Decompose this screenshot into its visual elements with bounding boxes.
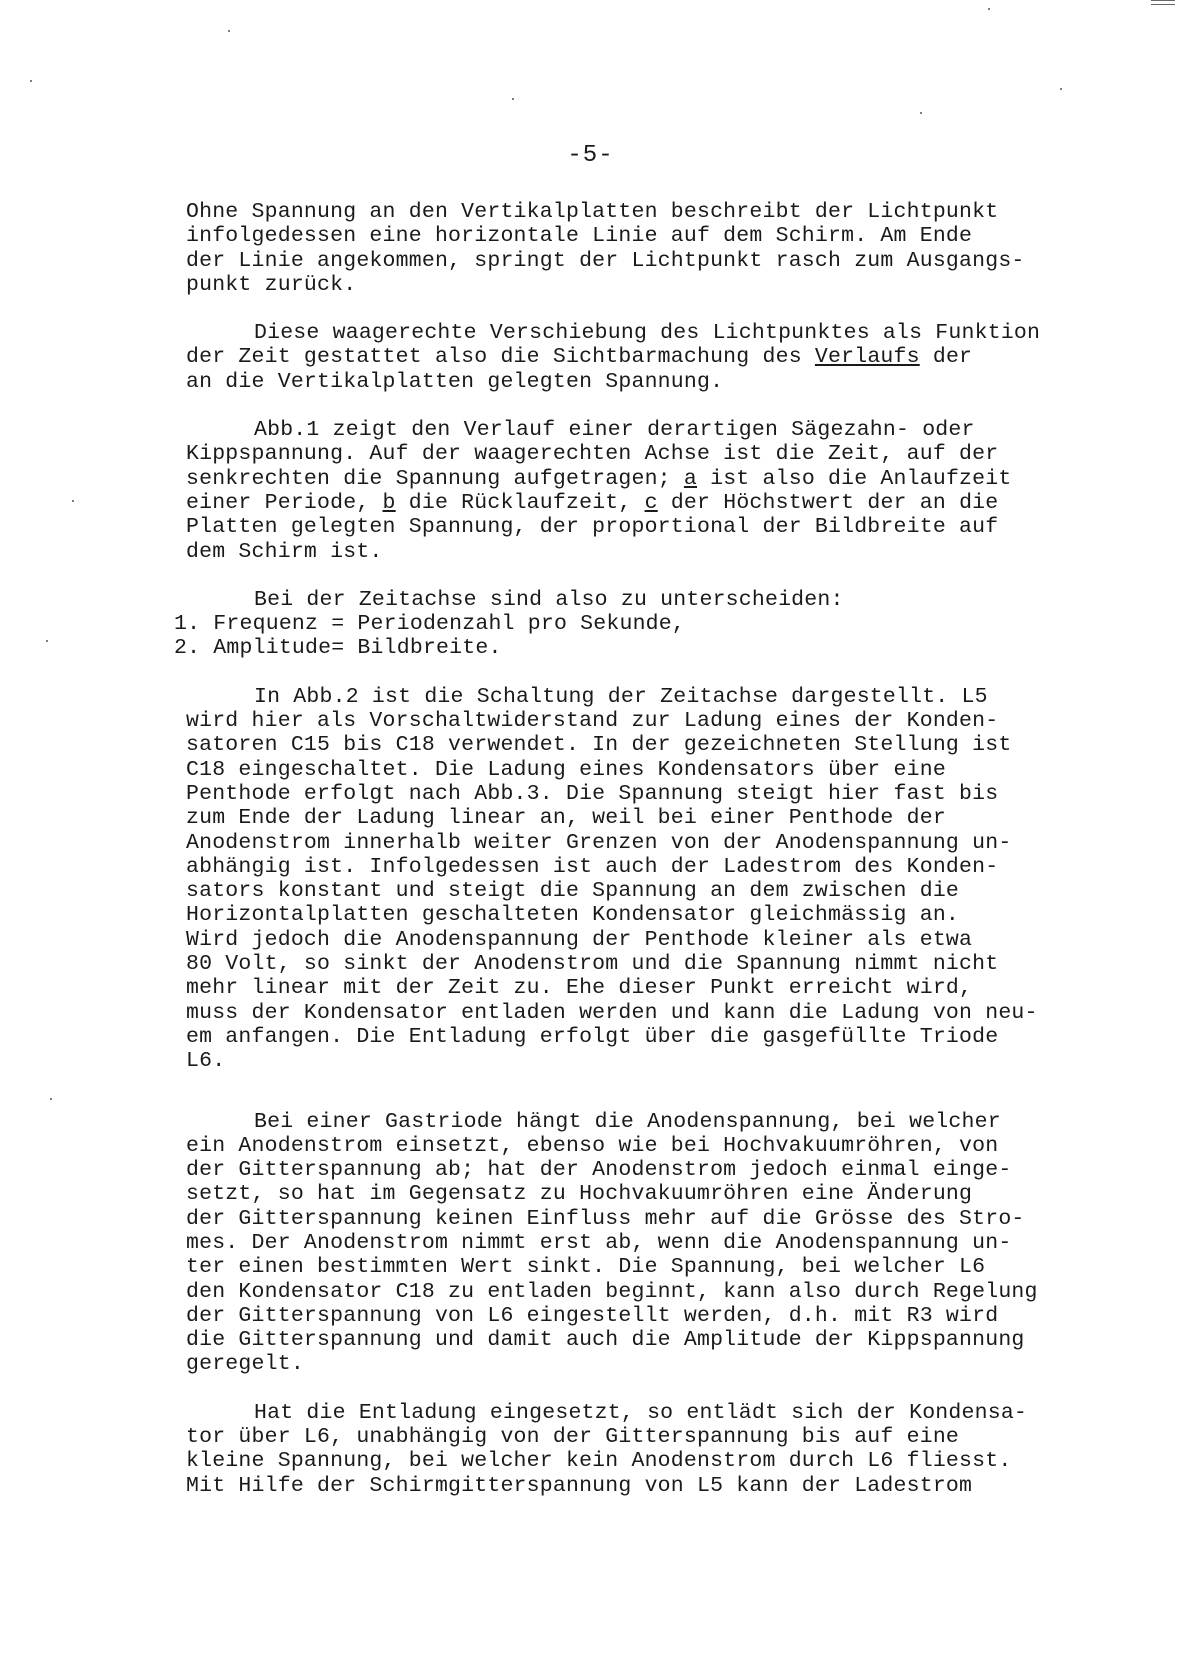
scan-speck bbox=[30, 80, 32, 82]
list-item: 2. Amplitude= Bildbreite. bbox=[174, 636, 1086, 660]
text-fragment: der Zeit gestattet also die Sichtbarmach… bbox=[186, 345, 815, 369]
scan-speck bbox=[72, 500, 74, 502]
text-line: die Gitterspannung und damit auch die Am… bbox=[186, 1328, 1086, 1352]
text-line: Wird jedoch die Anodenspannung der Penth… bbox=[186, 928, 1086, 952]
text-line: muss der Kondensator entladen werden und… bbox=[186, 1001, 1086, 1025]
text-line: der Linie angekommen, springt der Lichtp… bbox=[186, 249, 1086, 273]
text-line: setzt, so hat im Gegensatz zu Hochvakuum… bbox=[186, 1182, 1086, 1206]
scan-speck bbox=[1060, 88, 1062, 90]
text-line: In Abb.2 ist die Schaltung der Zeitachse… bbox=[186, 685, 1086, 709]
paragraph-4: Bei der Zeitachse sind also zu untersche… bbox=[174, 588, 1086, 661]
paragraph-5: In Abb.2 ist die Schaltung der Zeitachse… bbox=[186, 685, 1086, 1074]
text-line: Ohne Spannung an den Vertikalplatten bes… bbox=[186, 200, 1086, 224]
text-line: Bei der Zeitachse sind also zu untersche… bbox=[174, 588, 1086, 612]
scan-speck bbox=[988, 8, 990, 10]
text-line: Bei einer Gastriode hängt die Anodenspan… bbox=[186, 1110, 1086, 1134]
scan-speck bbox=[46, 640, 48, 642]
paragraph-2: Diese waagerechte Verschiebung des Licht… bbox=[186, 321, 1086, 394]
text-line: der Gitterspannung von L6 eingestellt we… bbox=[186, 1304, 1086, 1328]
text-line: der Gitterspannung ab; hat der Anodenstr… bbox=[186, 1158, 1086, 1182]
text-line: Horizontalplatten geschalteten Kondensat… bbox=[186, 903, 1086, 927]
text-line: infolgedessen eine horizontale Linie auf… bbox=[186, 224, 1086, 248]
text-line: punkt zurück. bbox=[186, 273, 1086, 297]
text-line: ter einen bestimmten Wert sinkt. Die Spa… bbox=[186, 1255, 1086, 1279]
scan-speck bbox=[920, 112, 922, 114]
scan-corner-mark bbox=[1151, 0, 1175, 5]
scan-speck bbox=[512, 98, 514, 100]
text-line: tor über L6, unabhängig von der Gittersp… bbox=[186, 1425, 1086, 1449]
text-line: Platten gelegten Spannung, der proportio… bbox=[186, 515, 1086, 539]
text-line: mehr linear mit der Zeit zu. Ehe dieser … bbox=[186, 976, 1086, 1000]
text-line: em anfangen. Die Entladung erfolgt über … bbox=[186, 1025, 1086, 1049]
variable-c: c bbox=[645, 491, 658, 515]
text-line: 80 Volt, so sinkt der Anodenstrom und di… bbox=[186, 952, 1086, 976]
text-line: Penthode erfolgt nach Abb.3. Die Spannun… bbox=[186, 782, 1086, 806]
text-line: Kippspannung. Auf der waagerechten Achse… bbox=[186, 442, 1086, 466]
text-fragment: einer Periode, bbox=[186, 491, 383, 515]
underlined-word: Verlaufs bbox=[815, 345, 920, 369]
text-line: einer Periode, b die Rücklaufzeit, c der… bbox=[186, 491, 1086, 515]
text-fragment: der bbox=[920, 345, 972, 369]
text-line: an die Vertikalplatten gelegten Spannung… bbox=[186, 370, 1086, 394]
text-line: geregelt. bbox=[186, 1352, 1086, 1376]
text-line: satoren C15 bis C18 verwendet. In der ge… bbox=[186, 733, 1086, 757]
page-number: -5- bbox=[0, 142, 1181, 169]
text-line: dem Schirm ist. bbox=[186, 540, 1086, 564]
text-fragment: die Rücklaufzeit, bbox=[396, 491, 645, 515]
text-fragment: der Höchstwert der an die bbox=[658, 491, 999, 515]
scan-speck bbox=[228, 30, 230, 32]
text-line: zum Ende der Ladung linear an, weil bei … bbox=[186, 806, 1086, 830]
text-line: der Zeit gestattet also die Sichtbarmach… bbox=[186, 345, 1086, 369]
text-line: Anodenstrom innerhalb weiter Grenzen von… bbox=[186, 831, 1086, 855]
text-line: Abb.1 zeigt den Verlauf einer derartigen… bbox=[186, 418, 1086, 442]
text-line: der Gitterspannung keinen Einfluss mehr … bbox=[186, 1207, 1086, 1231]
text-line: Diese waagerechte Verschiebung des Licht… bbox=[186, 321, 1086, 345]
text-fragment: ist also die Anlaufzeit bbox=[697, 467, 1011, 491]
text-line: ein Anodenstrom einsetzt, ebenso wie bei… bbox=[186, 1134, 1086, 1158]
variable-b: b bbox=[383, 491, 396, 515]
text-line: Hat die Entladung eingesetzt, so entlädt… bbox=[186, 1401, 1086, 1425]
text-line: wird hier als Vorschaltwiderstand zur La… bbox=[186, 709, 1086, 733]
paragraph-6: Bei einer Gastriode hängt die Anodenspan… bbox=[186, 1110, 1086, 1377]
list-item: 1. Frequenz = Periodenzahl pro Sekunde, bbox=[174, 612, 1086, 636]
paragraph-3: Abb.1 zeigt den Verlauf einer derartigen… bbox=[186, 418, 1086, 564]
text-line: C18 eingeschaltet. Die Ladung eines Kond… bbox=[186, 758, 1086, 782]
text-line: senkrechten die Spannung aufgetragen; a … bbox=[186, 467, 1086, 491]
text-line: den Kondensator C18 zu entladen beginnt,… bbox=[186, 1280, 1086, 1304]
text-line: mes. Der Anodenstrom nimmt erst ab, wenn… bbox=[186, 1231, 1086, 1255]
text-line: kleine Spannung, bei welcher kein Anoden… bbox=[186, 1449, 1086, 1473]
text-line: sators konstant und steigt die Spannung … bbox=[186, 879, 1086, 903]
variable-a: a bbox=[684, 467, 697, 491]
text-line: Mit Hilfe der Schirmgitterspannung von L… bbox=[186, 1474, 1086, 1498]
scan-speck bbox=[50, 1098, 52, 1100]
text-line: L6. bbox=[186, 1049, 1086, 1073]
paragraph-7: Hat die Entladung eingesetzt, so entlädt… bbox=[186, 1401, 1086, 1498]
paragraph-1: Ohne Spannung an den Vertikalplatten bes… bbox=[186, 200, 1086, 297]
text-line: abhängig ist. Infolgedessen ist auch der… bbox=[186, 855, 1086, 879]
document-body: Ohne Spannung an den Vertikalplatten bes… bbox=[186, 200, 1086, 1498]
text-fragment: senkrechten die Spannung aufgetragen; bbox=[186, 467, 684, 491]
